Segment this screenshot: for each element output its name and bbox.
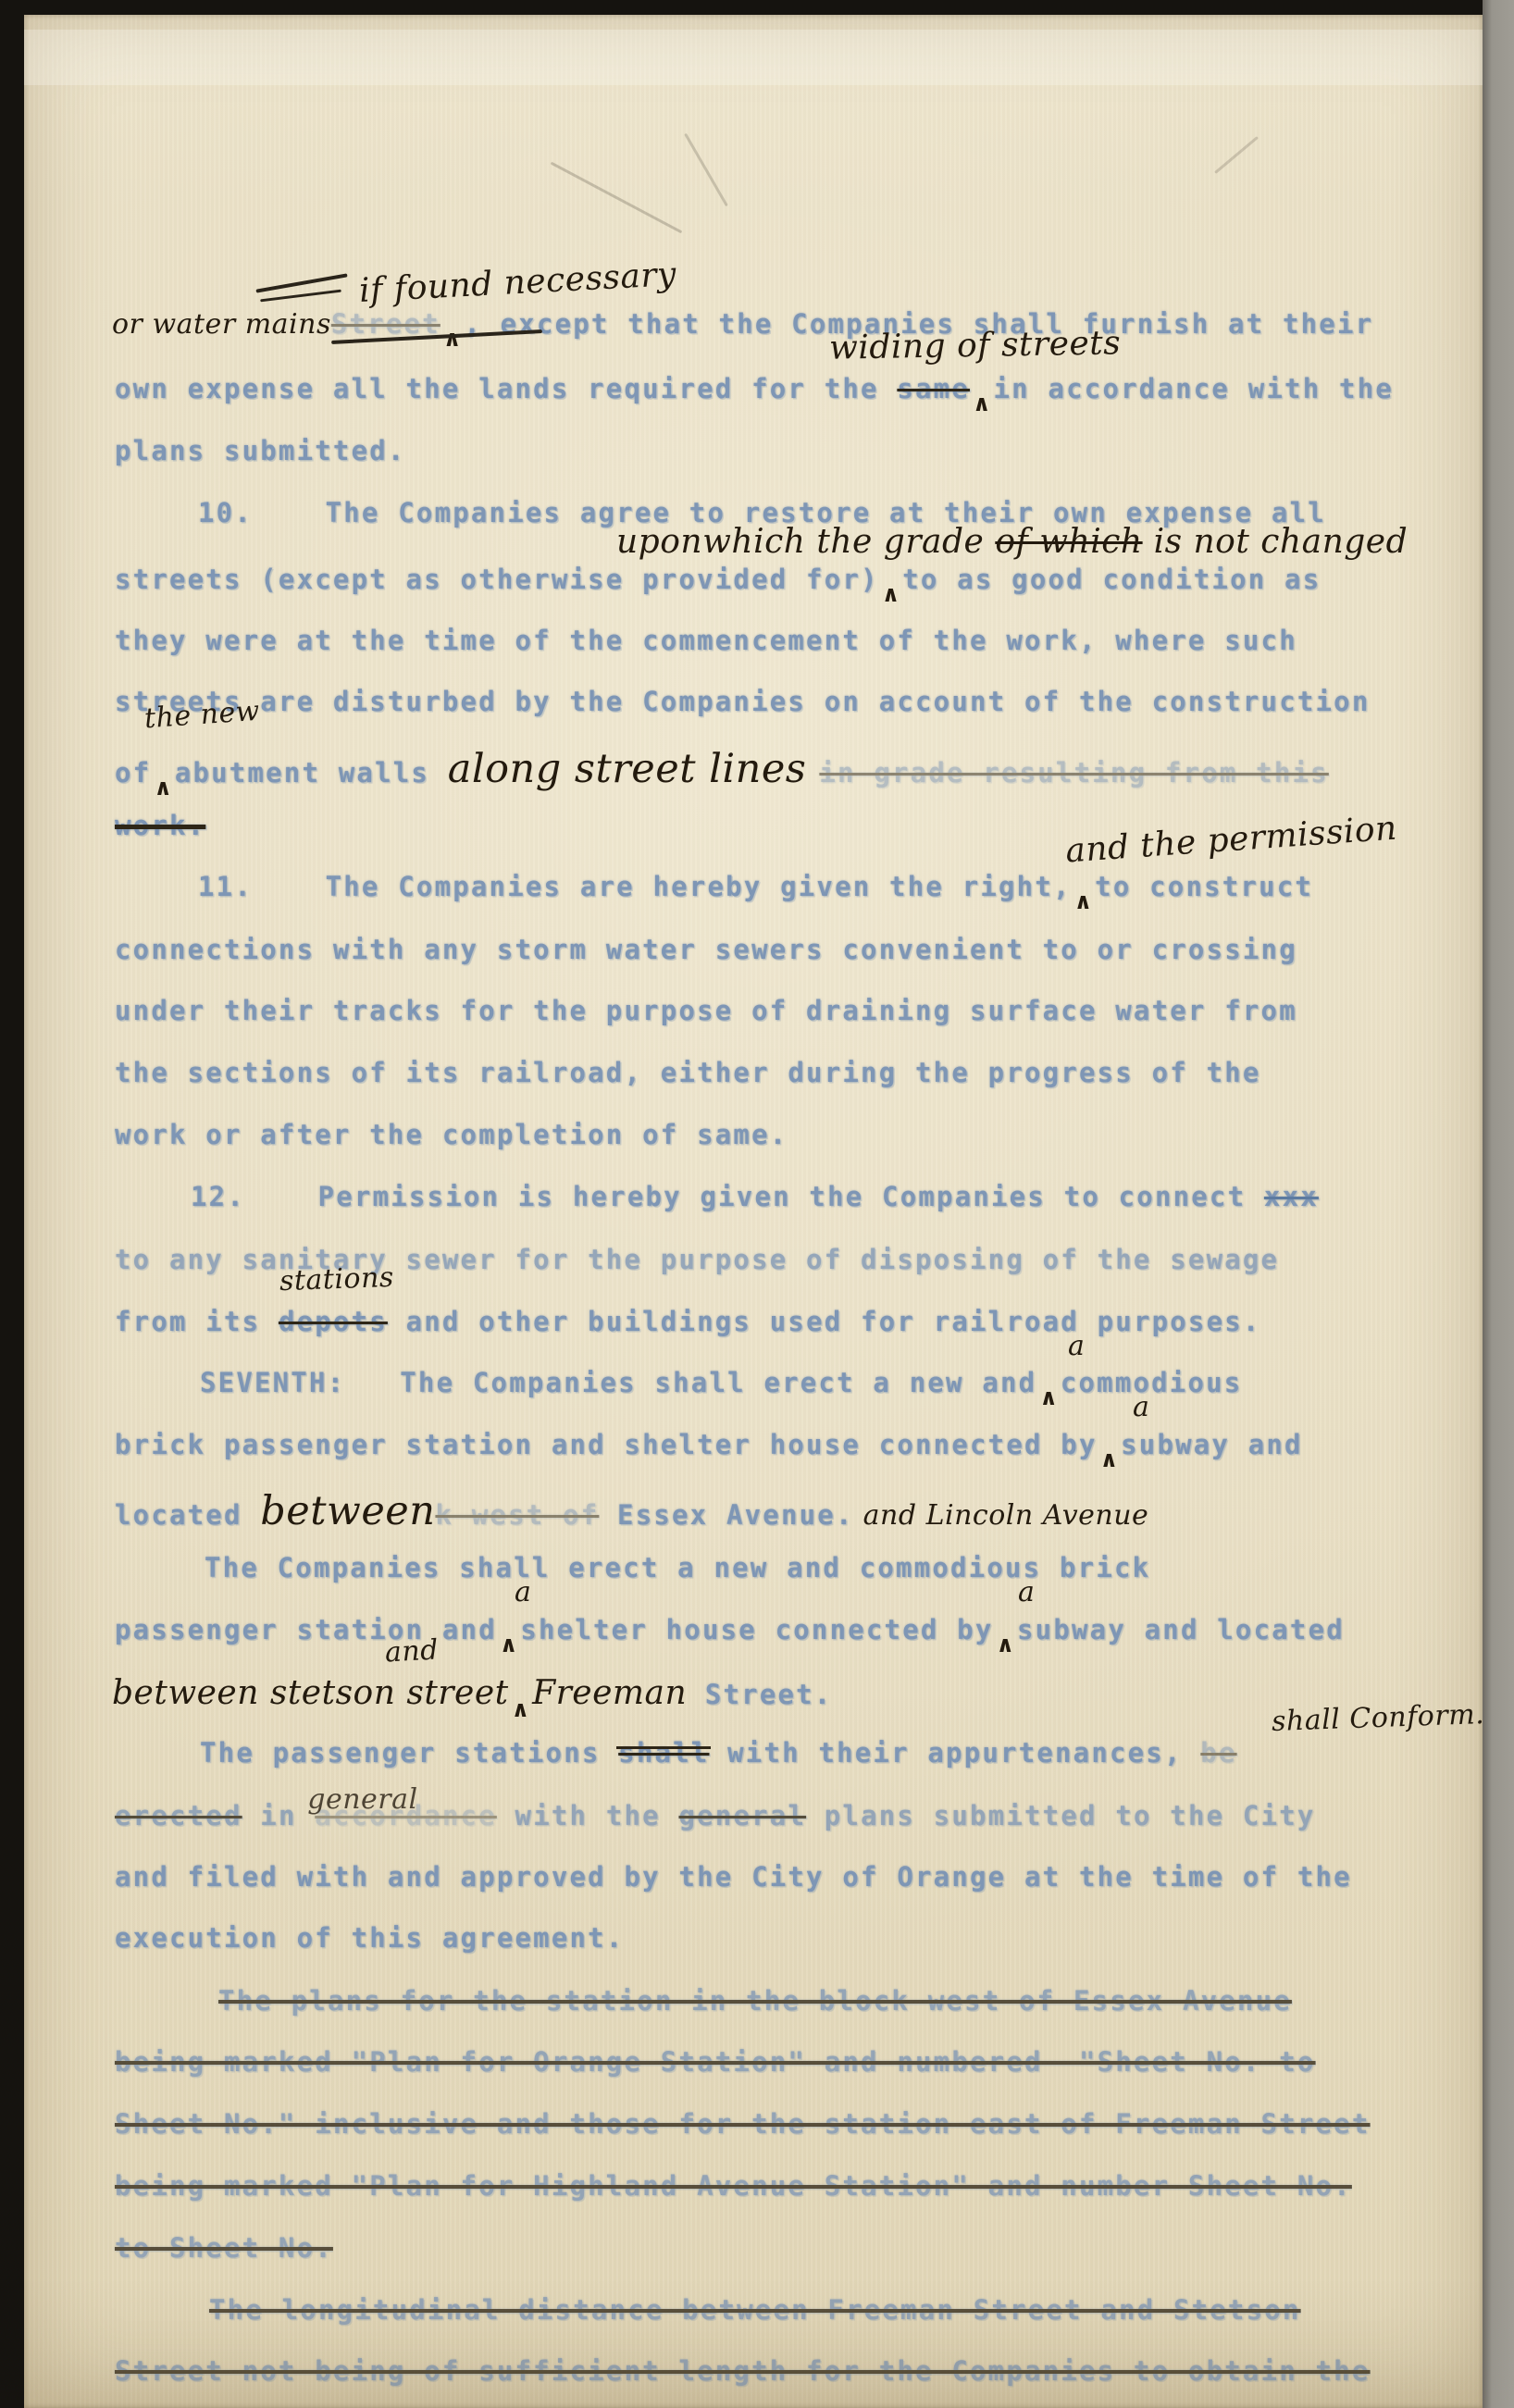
document-line: uponwhich the grade of which is not chan… [616, 526, 1408, 559]
document-line: streets are disturbed by the Companies o… [115, 687, 1371, 717]
handwritten-text: between stetson street [112, 1674, 509, 1712]
handwritten-text: between [260, 1488, 435, 1534]
typed-text: from its [115, 1306, 279, 1337]
typed-text-struck: k west of [435, 1499, 599, 1531]
handwritten-text: uponwhich the grade [616, 523, 995, 561]
document-line: work or after the completion of same. [115, 1120, 788, 1150]
document-line: execution of this agreement. [115, 1923, 624, 1954]
handwritten-text: and Lincoln Avenue [854, 1499, 1149, 1532]
typed-text: 11. The Companies are hereby given the r… [198, 871, 1072, 902]
typed-text-struck: be [1200, 1737, 1236, 1769]
handwritten-text: is not changed [1143, 523, 1409, 561]
document-line: connections with any storm water sewers … [115, 935, 1297, 965]
typed-text: SEVENTH: The Companies shall erect a new… [200, 1367, 1036, 1398]
document-line: and filed with and approved by the City … [115, 1862, 1352, 1893]
document-line: The Companies shall erect a new and comm… [205, 1553, 1150, 1583]
document-line: passenger station and∧shelter house conn… [115, 1615, 1345, 1645]
handwritten-annotation: a [1068, 1333, 1085, 1360]
typed-text-struck: xxx [1264, 1181, 1319, 1212]
scanner-edge-strip [1483, 0, 1514, 2408]
typed-text-struck: erected [115, 1800, 242, 1831]
typed-text: streets (except as otherwise provided fo… [115, 564, 879, 595]
document-line: work. [115, 811, 205, 841]
paper-sheet: or water mainsStreet∧, except that the C… [24, 15, 1483, 2408]
handwritten-annotation: the new [143, 698, 261, 734]
typed-text: Street. [687, 1679, 832, 1710]
document-line: being marked "Plan for Highland Avenue S… [115, 2171, 1352, 2202]
document-line: between stetson street∧Freeman Street. [112, 1677, 832, 1710]
ink-stroke [1214, 136, 1259, 174]
typed-text: 12. Permission is hereby given the Compa… [191, 1181, 1264, 1212]
document-line: The passenger stations shall with their … [200, 1738, 1237, 1769]
insertion-caret-icon: ∧ [154, 776, 172, 799]
handwritten-text: Freeman [532, 1674, 687, 1712]
typed-text-struck: being marked "Plan for Highland Avenue S… [115, 2170, 1352, 2202]
typed-text: Essex Avenue. [599, 1499, 853, 1531]
typed-text: plans submitted to the City [806, 1800, 1315, 1831]
typed-text: in [242, 1800, 316, 1831]
insertion-caret-icon: ∧ [443, 328, 462, 350]
insertion-caret-icon: ∧ [997, 1633, 1015, 1656]
document-line: to Sheet No. [115, 2233, 333, 2264]
typed-text: the sections of its railroad, either dur… [115, 1057, 1261, 1088]
typed-text: to as good condition as [902, 564, 1321, 595]
handwritten-text: along street lines [448, 746, 807, 792]
document-line: 12. Permission is hereby given the Compa… [191, 1182, 1319, 1212]
typed-text-struck: to Sheet No. [115, 2232, 333, 2264]
typed-text: and other buildings used for railroad pu… [388, 1306, 1261, 1337]
typed-text: execution of this agreement. [115, 1922, 624, 1954]
handwritten-annotation: if found necessary [358, 258, 676, 308]
typed-text: passenger station and [115, 1614, 497, 1645]
typed-text: plans submitted. [115, 435, 406, 466]
insertion-caret-icon: ∧ [512, 1698, 530, 1720]
document-line: erected in accordancegeneral with the ge… [115, 1801, 1316, 1831]
document-line: being marked "Plan for Orange Station" a… [115, 2047, 1316, 2078]
document-line: Sheet No." inclusive and those for the s… [115, 2109, 1371, 2140]
typed-text: The Companies shall erect a new and comm… [205, 1552, 1150, 1583]
typed-text: and filed with and approved by the City … [115, 1861, 1352, 1893]
typed-text: streets are disturbed by the Companies o… [115, 686, 1371, 717]
typed-text-struck: same [897, 373, 970, 404]
handwritten-annotation: and the permission [1064, 813, 1398, 869]
document-line: located betweenk west of Essex Avenue. a… [115, 1492, 1148, 1532]
document-line: streets (except as otherwise provided fo… [115, 565, 1321, 595]
typed-text: in accordance with the [994, 373, 1395, 404]
document-line: own expense all the lands required for t… [115, 374, 1394, 404]
insertion-caret-icon: ∧ [882, 583, 900, 605]
typed-text: commodious [1061, 1367, 1243, 1398]
document-line: from its depots and other buildings used… [115, 1307, 1261, 1337]
ink-stroke [551, 162, 683, 234]
typed-text-struck: being marked "Plan for Orange Station" a… [115, 2046, 1316, 2078]
typed-text: to construct [1095, 871, 1313, 902]
typed-text-struck: shall [618, 1737, 709, 1769]
paper-bottom-shading [24, 2278, 1483, 2408]
handwritten-annotation: a [515, 1579, 531, 1607]
typed-text-struck: work. [115, 810, 205, 841]
typed-text-struck: The plans for the station in the block w… [218, 1985, 1292, 2017]
typed-text: they were at the time of the commencemen… [115, 625, 1297, 656]
insertion-caret-icon: ∧ [973, 392, 991, 415]
scan-background: or water mainsStreet∧, except that the C… [0, 0, 1514, 2408]
handwritten-annotation: stations [279, 1264, 395, 1296]
typed-text-struck: in grade resulting from this [819, 757, 1328, 788]
handwritten-text: of which [995, 523, 1142, 561]
typed-text-struck: general [678, 1800, 806, 1831]
handwritten-annotation: a [1018, 1579, 1035, 1607]
insertion-caret-icon: ∧ [1074, 890, 1093, 912]
document-line: The plans for the station in the block w… [218, 1986, 1292, 2017]
typed-text: brick passenger station and shelter hous… [115, 1429, 1098, 1460]
handwritten-text: or water mains [112, 308, 331, 341]
handwritten-annotation: and [384, 1637, 439, 1668]
typed-text-struck: depots [279, 1306, 388, 1337]
document-line: 11. The Companies are hereby given the r… [198, 872, 1313, 902]
insertion-caret-icon: ∧ [1100, 1448, 1119, 1471]
document-line: brick passenger station and shelter hous… [115, 1430, 1303, 1460]
document-line: they were at the time of the commencemen… [115, 626, 1297, 656]
ink-stroke [260, 290, 341, 303]
document-line: plans submitted. [115, 436, 406, 466]
ink-stroke [684, 133, 728, 206]
document-line: or water mainsStreet∧, except that the C… [112, 309, 1373, 340]
typed-text: abutment walls [175, 757, 448, 788]
insertion-caret-icon: ∧ [1039, 1386, 1058, 1409]
typed-text: work or after the completion of same. [115, 1119, 788, 1150]
typed-text: shelter house connected by [520, 1614, 993, 1645]
typed-text: The passenger stations [200, 1737, 618, 1769]
insertion-caret-icon: ∧ [500, 1633, 518, 1656]
typed-text: own expense all the lands required for t… [115, 373, 897, 404]
document-line: SEVENTH: The Companies shall erect a new… [200, 1368, 1242, 1398]
handwritten-annotation: widing of streets [829, 327, 1122, 365]
typed-text: subway and located [1017, 1614, 1345, 1645]
document-line: the sections of its railroad, either dur… [115, 1058, 1261, 1088]
document-line: of∧abutment walls along street linesin g… [115, 750, 1329, 789]
handwritten-text: general [307, 1786, 417, 1814]
typed-text: subway and [1121, 1429, 1303, 1460]
edit-overlay: accordancegeneral [315, 1801, 497, 1831]
typed-text: located [115, 1499, 260, 1531]
typed-text: of [115, 757, 151, 788]
document-line: under their tracks for the purpose of dr… [115, 996, 1297, 1026]
handwritten-annotation: a [1133, 1394, 1149, 1421]
typed-text: connections with any storm water sewers … [115, 934, 1297, 965]
typed-text-struck: Sheet No." inclusive and those for the s… [115, 2108, 1371, 2140]
typed-text: under their tracks for the purpose of dr… [115, 995, 1297, 1026]
handwritten-annotation: shall Conform. [1272, 1701, 1485, 1736]
typed-text: with their appurtenances, [709, 1737, 1200, 1769]
typed-text: with the [497, 1800, 679, 1831]
